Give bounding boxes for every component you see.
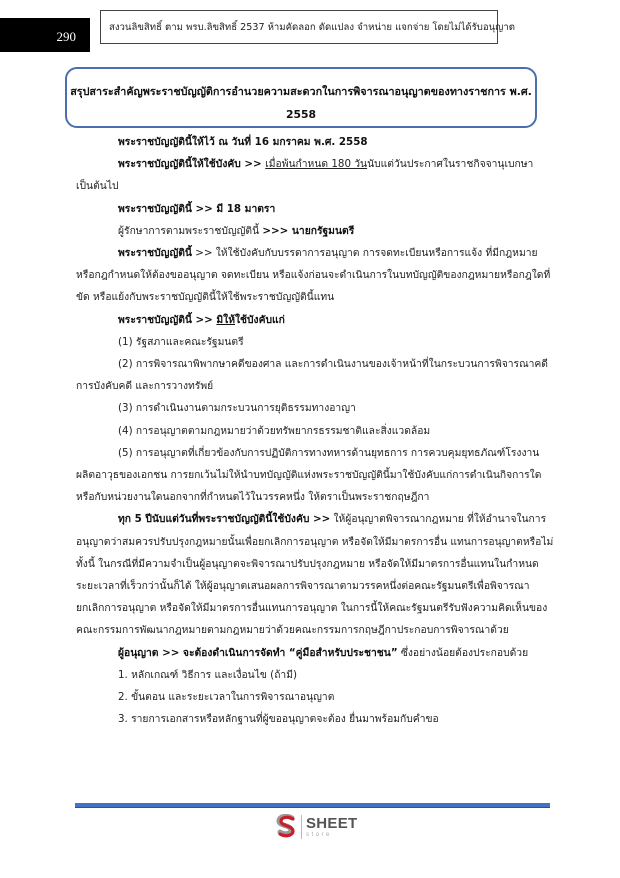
scope-label: พระราชบัญญัตินี้	[118, 247, 192, 259]
review-label: ทุก 5 ปีนับแต่วันที่พระราชบัญญัตินี้ใช้บ…	[118, 513, 330, 525]
effective-date: พระราชบัญญัตินี้ให้ใช้บังคับ >> เมื่อพ้น…	[76, 153, 554, 197]
page-number: 290	[0, 18, 90, 52]
copyright-notice: สงวนลิขสิทธิ์ ตาม พรบ.ลิขสิทธิ์ 2537 ห้า…	[100, 10, 498, 44]
enactment-date-text: พระราชบัญญัตินี้ให้ไว้ ณ วันที่ 16 มกราค…	[118, 136, 368, 148]
manual-label: ผู้อนุญาต >> จะต้องดำเนินการจัดทำ “คู่มื…	[118, 647, 398, 659]
logo-store-text: store	[306, 832, 358, 838]
manual-item: 2. ขั้นตอน และระยะเวลาในการพิจารณาอนุญาต	[76, 686, 554, 708]
sheet-store-s-icon	[275, 814, 297, 840]
exemption-item: (2) การพิจารณาพิพากษาคดีของศาล และการดำเ…	[76, 353, 554, 397]
sheet-store-logo: SHEET store	[275, 812, 358, 842]
enactment-date: พระราชบัญญัตินี้ให้ไว้ ณ วันที่ 16 มกราค…	[76, 131, 554, 153]
summary-title-box: สรุปสาระสำคัญพระราชบัญญัติการอำนวยความสะ…	[65, 67, 537, 128]
logo-separator	[301, 815, 302, 839]
footer-divider	[75, 803, 550, 808]
exemption-item: (5) การอนุญาตที่เกี่ยวข้องกับการปฏิบัติก…	[76, 442, 554, 509]
logo-sheet-text: SHEET	[306, 816, 358, 831]
document-body: พระราชบัญญัตินี้ให้ไว้ ณ วันที่ 16 มกราค…	[76, 131, 554, 730]
review-paragraph: ทุก 5 ปีนับแต่วันที่พระราชบัญญัตินี้ใช้บ…	[76, 508, 554, 641]
exemption-item: (4) การอนุญาตตามกฎหมายว่าด้วยทรัพยากรธรร…	[76, 420, 554, 442]
section-count-text: พระราชบัญญัตินี้ >> มี 18 มาตรา	[118, 203, 275, 215]
administrator-value: >>> นายกรัฐมนตรี	[262, 225, 354, 237]
title-line-1: สรุปสาระสำคัญพระราชบัญญัติการอำนวยความสะ…	[67, 80, 535, 103]
exemption-item: (3) การดำเนินงานตามกระบวนการยุติธรรมทางอ…	[76, 397, 554, 419]
title-line-2: 2558	[67, 103, 535, 126]
exemptions-label-rest: ใช้บังคับแก่	[235, 314, 285, 326]
review-text: ให้ผู้อนุญาตพิจารณากฎหมาย ที่ให้อำนาจในก…	[76, 513, 553, 636]
effective-label: พระราชบัญญัตินี้ให้ใช้บังคับ	[118, 158, 241, 170]
section-count: พระราชบัญญัตินี้ >> มี 18 มาตรา	[76, 198, 554, 220]
logo-wordmark: SHEET store	[306, 816, 358, 838]
scope-paragraph: พระราชบัญญัตินี้ >> ให้ใช้บังคับกับบรรดา…	[76, 242, 554, 309]
administrator: ผู้รักษาการตามพระราชบัญญัตินี้ >>> นายกร…	[76, 220, 554, 242]
arrow: >>	[241, 158, 265, 170]
manual-item: 3. รายการเอกสารหรือหลักฐานที่ผู้ขออนุญาต…	[76, 708, 554, 730]
exemptions-label: พระราชบัญญัตินี้ >>	[118, 314, 216, 326]
manual-paragraph: ผู้อนุญาต >> จะต้องดำเนินการจัดทำ “คู่มื…	[76, 642, 554, 664]
exemptions-heading: พระราชบัญญัตินี้ >> มิให้ใช้บังคับแก่	[76, 309, 554, 331]
exemption-item: (1) รัฐสภาและคณะรัฐมนตรี	[76, 331, 554, 353]
manual-item: 1. หลักเกณฑ์ วิธีการ และเงื่อนไข (ถ้ามี)	[76, 664, 554, 686]
administrator-label: ผู้รักษาการตามพระราชบัญญัตินี้	[118, 225, 262, 237]
effective-period: เมื่อพ้นกำหนด 180 วัน	[265, 158, 367, 170]
manual-text: ซึ่งอย่างน้อยต้องประกอบด้วย	[398, 647, 529, 659]
exemptions-not: มิให้	[216, 314, 235, 326]
